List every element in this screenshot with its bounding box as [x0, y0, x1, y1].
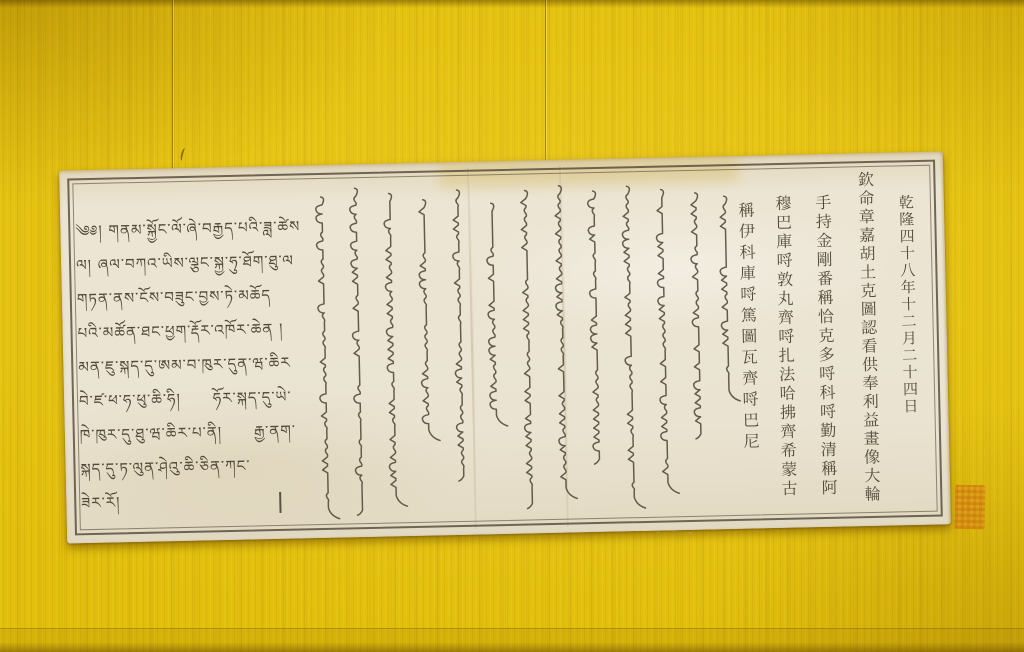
silk-seam [172, 0, 174, 170]
script-column [513, 188, 546, 510]
script-column [479, 201, 510, 430]
script-column [649, 187, 682, 489]
script-column [377, 191, 410, 509]
script-column [411, 197, 442, 438]
inscription-label-paper: ༄༅། གནམ་སྐྱོང་ལོ་ཞེ་བརྒྱད་པའི་ཟླ་ཚེས ལ། … [59, 151, 951, 543]
script-column [614, 184, 647, 510]
script-column [309, 195, 342, 517]
silk-seam [545, 0, 547, 160]
script-column [342, 186, 375, 514]
script-column [445, 188, 477, 486]
silk-weave-band [0, 628, 1024, 652]
script-column [546, 183, 579, 499]
yellow-silk-mount: ༄༅། གནམ་སྐྱོང་ལོ་ཞེ་བརྒྱད་པའི་ཟླ་ཚེས ལ། … [0, 0, 1024, 652]
seal-stamp [955, 485, 986, 530]
script-column [683, 191, 714, 440]
thread-mark [180, 148, 188, 162]
script-column [581, 189, 613, 468]
